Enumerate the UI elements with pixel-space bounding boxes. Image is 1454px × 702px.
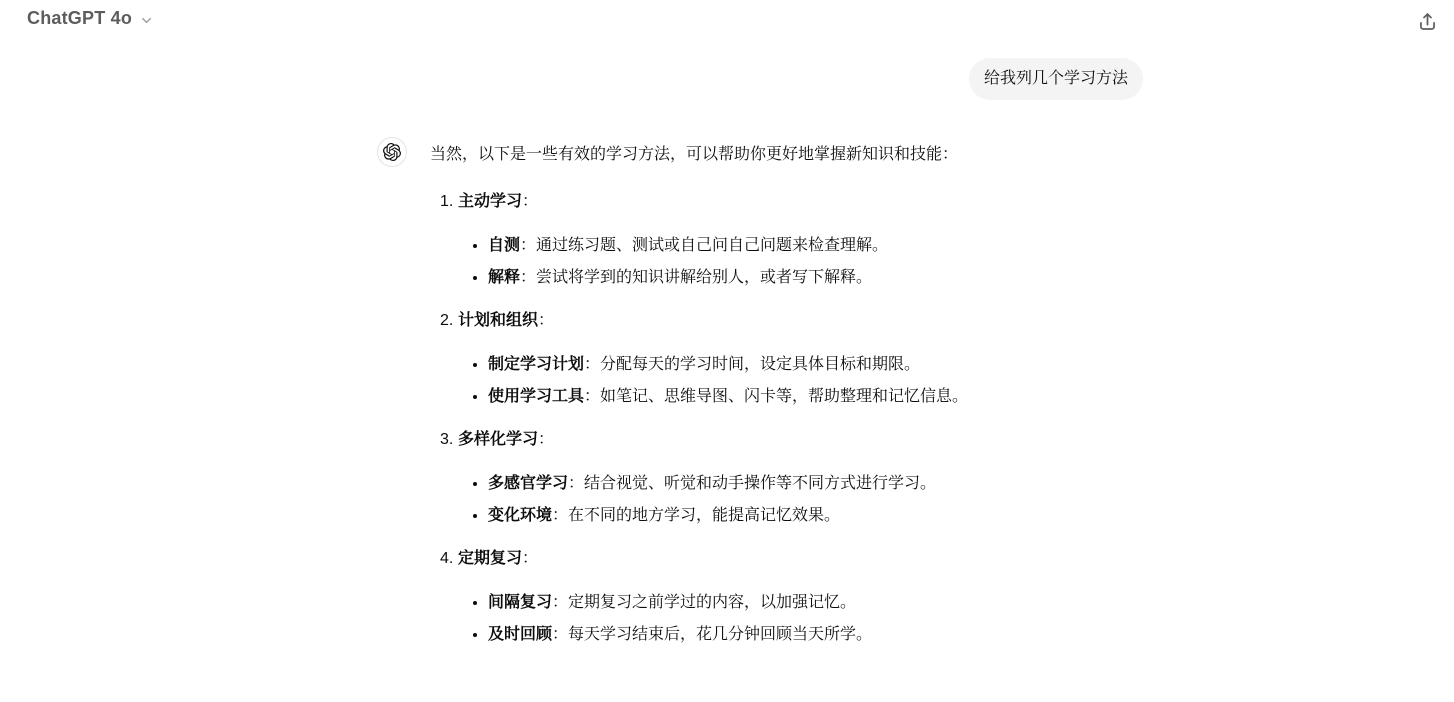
list-item-1: 1.主动学习： 自测：通过练习题、测试或自己问自己问题来检查理解。 解释：尝试将… (430, 188, 1143, 292)
bullet-item: 制定学习计划：分配每天的学习时间，设定具体目标和期限。 (488, 351, 1143, 379)
list-item-number: 1. (440, 188, 453, 216)
bullet-text: ：如笔记、思维导图、闪卡等，帮助整理和记忆信息。 (584, 388, 968, 405)
list-item-separator: ： (538, 312, 554, 329)
bullet-text: ：每天学习结束后，花几分钟回顾当天所学。 (552, 626, 872, 643)
list-item-separator: ： (522, 550, 538, 567)
bullet-term: 及时回顾 (488, 626, 552, 643)
bullet-item: 变化环境：在不同的地方学习，能提高记忆效果。 (488, 502, 1143, 530)
study-methods-list: 1.主动学习： 自测：通过练习题、测试或自己问自己问题来检查理解。 解释：尝试将… (430, 188, 1143, 649)
model-switcher-button[interactable]: ChatGPT 4o (27, 8, 154, 29)
bullet-term: 制定学习计划 (488, 356, 584, 373)
bullet-item: 间隔复习：定期复习之前学过的内容，以加强记忆。 (488, 589, 1143, 617)
share-button[interactable] (1415, 9, 1440, 37)
bullet-list: 间隔复习：定期复习之前学过的内容，以加强记忆。 及时回顾：每天学习结束后，花几分… (458, 589, 1143, 649)
bullet-term: 使用学习工具 (488, 388, 584, 405)
bullet-item: 自测：通过练习题、测试或自己问自己问题来检查理解。 (488, 232, 1143, 260)
list-item-title: 计划和组织 (458, 312, 538, 329)
bullet-list: 制定学习计划：分配每天的学习时间，设定具体目标和期限。 使用学习工具：如笔记、思… (458, 351, 1143, 411)
chevron-down-icon (139, 13, 154, 28)
bullet-term: 自测 (488, 237, 520, 254)
bullet-item: 及时回顾：每天学习结束后，花几分钟回顾当天所学。 (488, 621, 1143, 649)
list-item-title: 定期复习 (458, 550, 522, 567)
bullet-text: ：结合视觉、听觉和动手操作等不同方式进行学习。 (568, 475, 936, 492)
chat-area: 给我列几个学习方法 当然，以下是一些有效的学习方法，可以帮助你更好地掌握新知识和… (377, 58, 1143, 664)
list-item-number: 3. (440, 426, 453, 454)
list-item-3: 3.多样化学习： 多感官学习：结合视觉、听觉和动手操作等不同方式进行学习。 变化… (430, 426, 1143, 530)
user-message-bubble: 给我列几个学习方法 (969, 58, 1143, 100)
bullet-list: 多感官学习：结合视觉、听觉和动手操作等不同方式进行学习。 变化环境：在不同的地方… (458, 470, 1143, 530)
list-item-number: 2. (440, 307, 453, 335)
list-item-title: 多样化学习 (458, 431, 538, 448)
list-item-number: 4. (440, 545, 453, 573)
list-item-separator: ： (522, 193, 538, 210)
bullet-term: 间隔复习 (488, 594, 552, 611)
bullet-term: 变化环境 (488, 507, 552, 524)
user-message-text: 给我列几个学习方法 (984, 70, 1128, 87)
bullet-term: 解释 (488, 269, 520, 286)
list-item-4: 4.定期复习： 间隔复习：定期复习之前学过的内容，以加强记忆。 及时回顾：每天学… (430, 545, 1143, 649)
bullet-text: ：分配每天的学习时间，设定具体目标和期限。 (584, 356, 920, 373)
bullet-text: ：尝试将学到的知识讲解给别人，或者写下解释。 (520, 269, 872, 286)
model-name: ChatGPT 4o (27, 8, 132, 29)
list-item-2: 2.计划和组织： 制定学习计划：分配每天的学习时间，设定具体目标和期限。 使用学… (430, 307, 1143, 411)
bullet-text: ：定期复习之前学过的内容，以加强记忆。 (552, 594, 856, 611)
openai-logo-icon (383, 143, 401, 161)
bullet-list: 自测：通过练习题、测试或自己问自己问题来检查理解。 解释：尝试将学到的知识讲解给… (458, 232, 1143, 292)
top-bar: ChatGPT 4o (0, 0, 1454, 40)
list-item-separator: ： (538, 431, 554, 448)
bullet-term: 多感官学习 (488, 475, 568, 492)
bullet-item: 解释：尝试将学到的知识讲解给别人，或者写下解释。 (488, 264, 1143, 292)
bullet-item: 使用学习工具：如笔记、思维导图、闪卡等，帮助整理和记忆信息。 (488, 383, 1143, 411)
assistant-intro: 当然，以下是一些有效的学习方法，可以帮助你更好地掌握新知识和技能： (430, 141, 1143, 169)
share-upload-icon (1417, 20, 1438, 35)
assistant-content: 当然，以下是一些有效的学习方法，可以帮助你更好地掌握新知识和技能： 1.主动学习… (430, 137, 1143, 664)
assistant-message: 当然，以下是一些有效的学习方法，可以帮助你更好地掌握新知识和技能： 1.主动学习… (377, 137, 1143, 664)
assistant-avatar (377, 137, 407, 167)
user-message-row: 给我列几个学习方法 (377, 58, 1143, 100)
bullet-text: ：在不同的地方学习，能提高记忆效果。 (552, 507, 840, 524)
bullet-text: ：通过练习题、测试或自己问自己问题来检查理解。 (520, 237, 888, 254)
list-item-title: 主动学习 (458, 193, 522, 210)
bullet-item: 多感官学习：结合视觉、听觉和动手操作等不同方式进行学习。 (488, 470, 1143, 498)
